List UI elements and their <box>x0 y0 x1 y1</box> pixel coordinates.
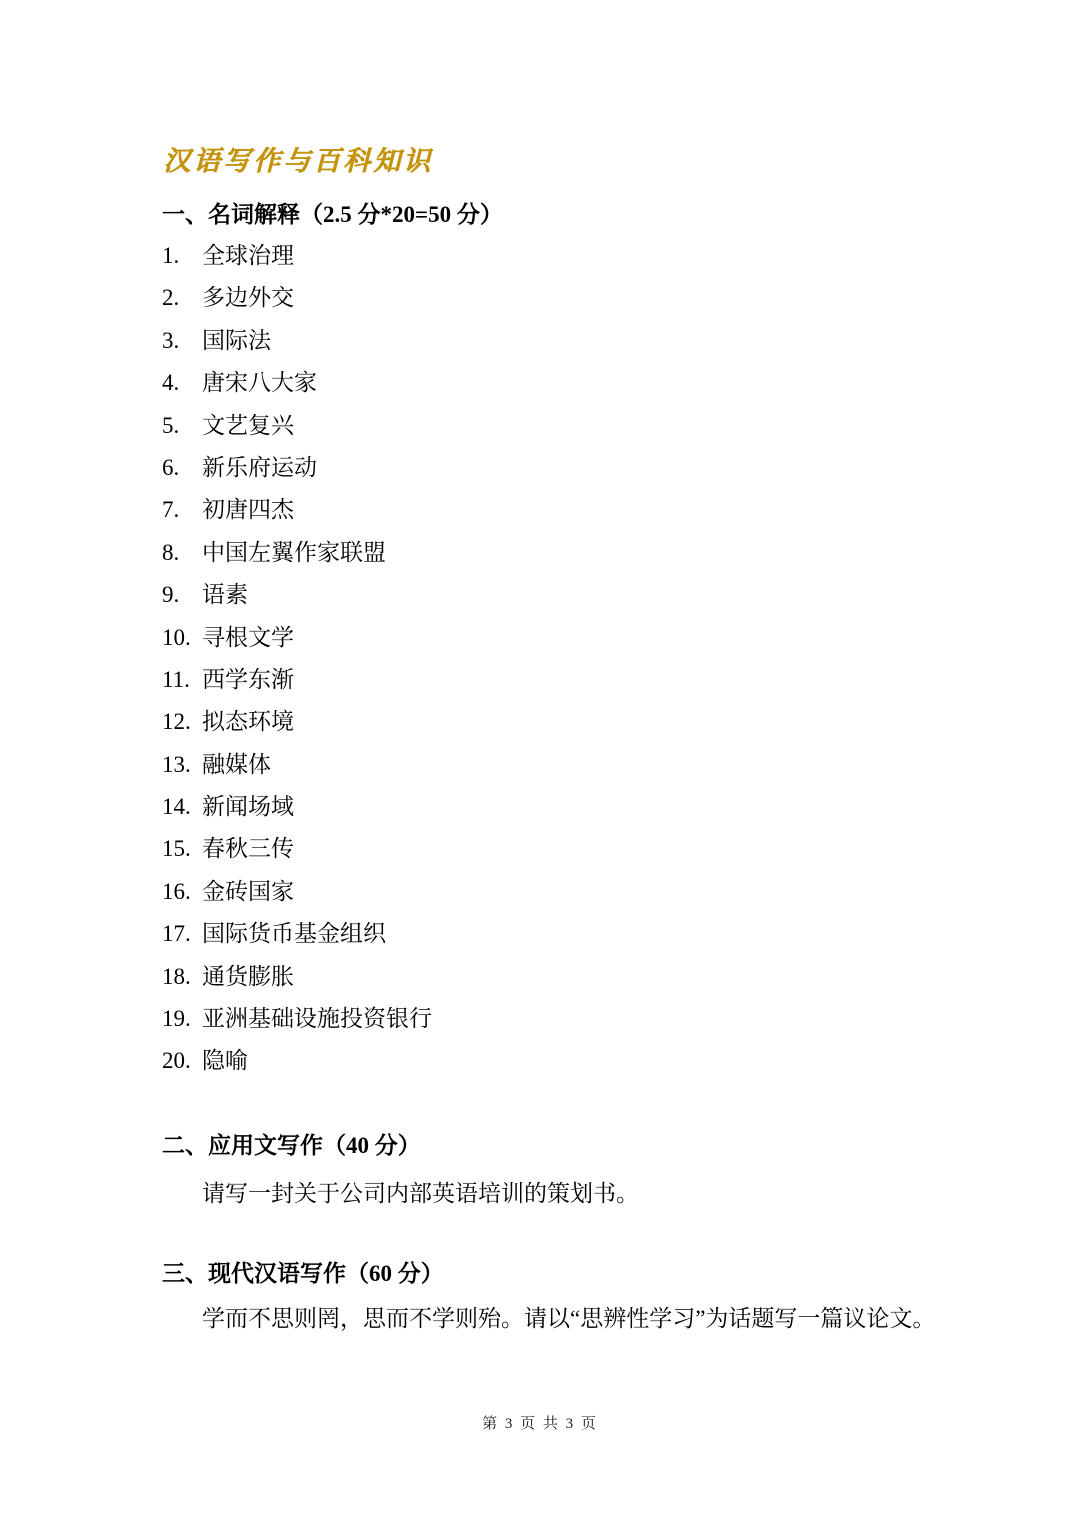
list-item-number: 1. <box>162 235 202 277</box>
list-item: 12.拟态环境 <box>162 701 432 743</box>
list-item: 5.文艺复兴 <box>162 405 432 447</box>
list-item-text: 新乐府运动 <box>202 447 317 489</box>
list-item-text: 融媒体 <box>202 744 271 786</box>
list-item-text: 唐宋八大家 <box>202 362 317 404</box>
list-item-number: 11. <box>162 659 202 701</box>
list-item-number: 9. <box>162 574 202 616</box>
list-item: 3.国际法 <box>162 320 432 362</box>
section-2-heading: 二、应用文写作（40 分） <box>162 1127 421 1160</box>
section-3-heading: 三、现代汉语写作（60 分） <box>162 1255 444 1288</box>
list-item-number: 3. <box>162 320 202 362</box>
list-item: 13.融媒体 <box>162 744 432 786</box>
list-item: 15.春秋三传 <box>162 828 432 870</box>
list-item-text: 中国左翼作家联盟 <box>202 532 386 574</box>
page-footer: 第 3 页 共 3 页 <box>0 1412 1080 1433</box>
list-item-text: 国际法 <box>202 320 271 362</box>
list-item-text: 文艺复兴 <box>202 405 294 447</box>
list-item-text: 春秋三传 <box>202 828 294 870</box>
list-item-text: 初唐四杰 <box>202 489 294 531</box>
list-item-number: 15. <box>162 828 202 870</box>
list-item-number: 16. <box>162 871 202 913</box>
list-item-number: 5. <box>162 405 202 447</box>
list-item-text: 西学东渐 <box>202 659 294 701</box>
list-item: 20.隐喻 <box>162 1040 432 1082</box>
list-item: 14.新闻场域 <box>162 786 432 828</box>
list-item-text: 寻根文学 <box>202 617 294 659</box>
list-item-number: 4. <box>162 362 202 404</box>
term-list: 1.全球治理2.多边外交3.国际法4.唐宋八大家5.文艺复兴6.新乐府运动7.初… <box>162 235 432 1083</box>
section-2-body: 请写一封关于公司内部英语培训的策划书。 <box>202 1175 639 1208</box>
list-item: 7.初唐四杰 <box>162 489 432 531</box>
list-item: 16.金砖国家 <box>162 871 432 913</box>
list-item-text: 通货膨胀 <box>202 956 294 998</box>
list-item: 9.语素 <box>162 574 432 616</box>
list-item: 8.中国左翼作家联盟 <box>162 532 432 574</box>
list-item-text: 新闻场域 <box>202 786 294 828</box>
list-item-number: 2. <box>162 277 202 319</box>
exam-page: 汉语写作与百科知识 一、名词解释（2.5 分*20=50 分） 1.全球治理2.… <box>0 0 1080 1527</box>
list-item-number: 7. <box>162 489 202 531</box>
list-item-text: 拟态环境 <box>202 701 294 743</box>
list-item-text: 国际货币基金组织 <box>202 913 386 955</box>
list-item: 10.寻根文学 <box>162 617 432 659</box>
list-item-number: 12. <box>162 701 202 743</box>
list-item-text: 金砖国家 <box>202 871 294 913</box>
list-item: 19.亚洲基础设施投资银行 <box>162 998 432 1040</box>
list-item: 18.通货膨胀 <box>162 956 432 998</box>
list-item: 4.唐宋八大家 <box>162 362 432 404</box>
list-item-number: 19. <box>162 998 202 1040</box>
section-1-heading: 一、名词解释（2.5 分*20=50 分） <box>162 196 503 229</box>
list-item-text: 亚洲基础设施投资银行 <box>202 998 432 1040</box>
list-item-text: 隐喻 <box>202 1040 248 1082</box>
list-item-text: 多边外交 <box>202 277 294 319</box>
list-item: 11.西学东渐 <box>162 659 432 701</box>
list-item-number: 10. <box>162 617 202 659</box>
document-title: 汉语写作与百科知识 <box>163 139 433 178</box>
list-item-number: 20. <box>162 1040 202 1082</box>
list-item-number: 18. <box>162 956 202 998</box>
list-item-number: 17. <box>162 913 202 955</box>
list-item: 2.多边外交 <box>162 277 432 319</box>
list-item: 1.全球治理 <box>162 235 432 277</box>
list-item-number: 6. <box>162 447 202 489</box>
section-3-body: 学而不思则罔，思而不学则殆。请以“思辨性学习”为话题写一篇议论文。 <box>202 1300 935 1333</box>
list-item-number: 14. <box>162 786 202 828</box>
list-item: 6.新乐府运动 <box>162 447 432 489</box>
list-item-number: 8. <box>162 532 202 574</box>
list-item-number: 13. <box>162 744 202 786</box>
list-item-text: 语素 <box>202 574 248 616</box>
list-item-text: 全球治理 <box>202 235 294 277</box>
list-item: 17.国际货币基金组织 <box>162 913 432 955</box>
